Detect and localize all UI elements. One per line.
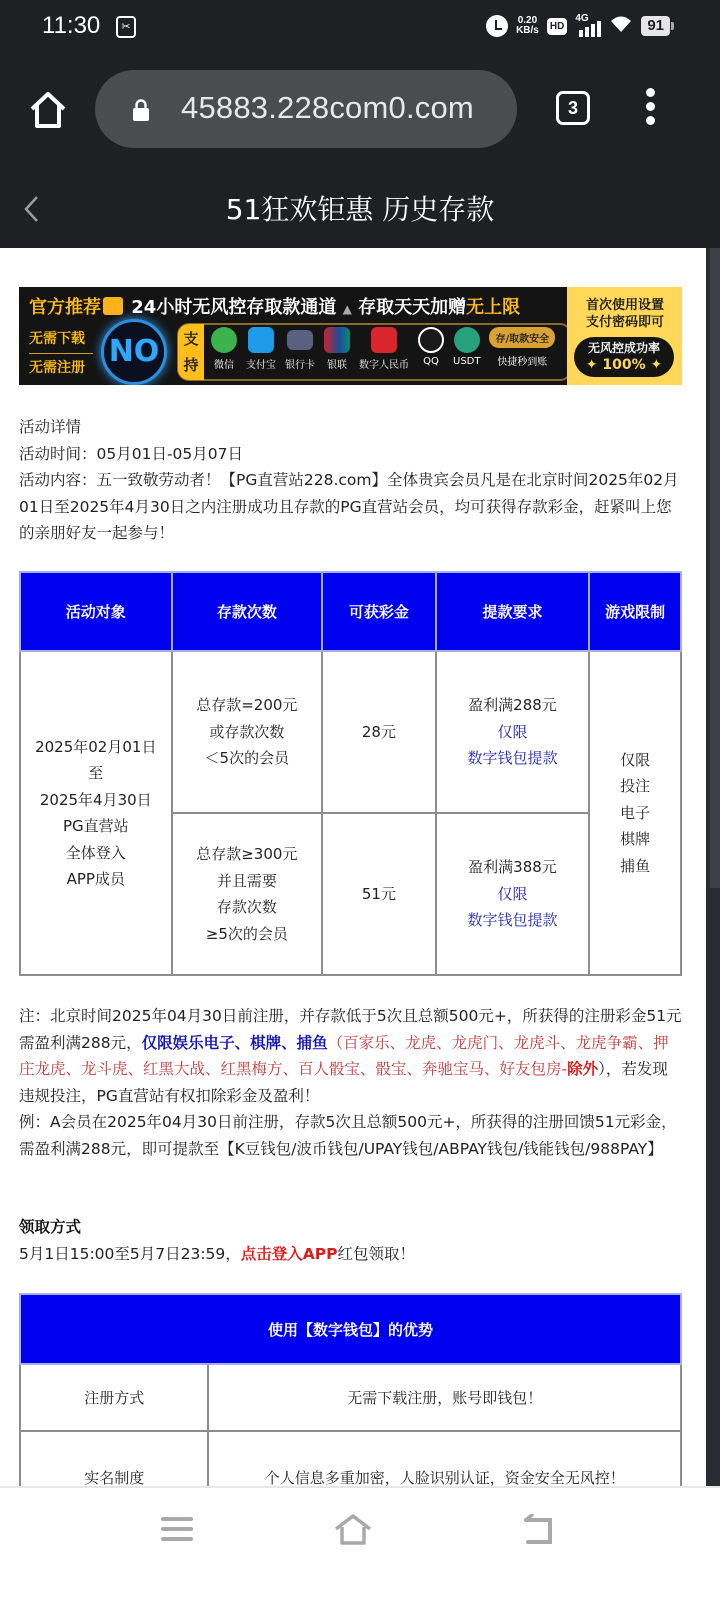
battery-icon: 91 [641,16,670,36]
banner-slogan: 24小时无风控存取款通道 [131,297,336,318]
tab-switcher-button[interactable]: 3 [556,91,590,125]
col-bonus: 可获彩金 [322,572,436,651]
address-bar[interactable]: 45883.228com0.com [95,70,517,148]
status-time: 11:30 [42,12,100,40]
col-deposit-count: 存款次数 [172,572,323,651]
qq-penguin-icon [418,327,444,353]
page-header: 51狂欢钜惠 历史存款 [0,170,720,248]
col-withdraw: 提款要求 [436,572,590,651]
alipay-icon [248,327,274,353]
activity-details: 活动详情 活动时间：05月01日-05月07日 活动内容：五一致敬劳动者！【PG… [19,414,683,547]
status-bar: 11:30 ✂ 0.20 KB/s HD 4G 91 [0,0,720,58]
example-note: 例：A会员在2025年04月30日前注册，存款5次且总额500元+，所获得的注册… [19,1109,683,1162]
no-bitcoin-logo: NO [101,319,167,385]
advantage-label: 注册方式 [20,1364,208,1431]
login-app-link[interactable]: 点击登入APP [241,1245,338,1263]
hd-icon: HD [547,18,567,35]
success-rate-pill: 无风控成功率 ✦ 100% ✦ [574,337,674,377]
wechat-icon [211,327,237,353]
scrollbar-track[interactable] [706,248,720,1486]
activity-content: 活动内容：五一致敬劳动者！【PG直营站228.com】全体贵宾会员凡是在北京时间… [19,467,683,547]
arrow-up-icon: ▲ [343,302,352,316]
page-title: 51狂欢钜惠 历史存款 [0,188,720,228]
tether-icon [454,327,480,353]
usdt-method: USDT [453,327,480,371]
bonus-cell: 28元 [322,651,436,813]
wechat-method: 微信 [211,327,237,371]
allowed-games: 仅限娱乐电子、棋牌、捕鱼 [142,1034,328,1052]
support-tag: 支持 [178,324,204,380]
details-heading: 活动详情 [19,414,683,441]
ecny-method: 数字人民币 [359,327,409,371]
table-header-row: 活动对象 存款次数 可获彩金 提款要求 游戏限制 [20,572,681,651]
col-target: 活动对象 [20,572,172,651]
claim-heading: 领取方式 [19,1214,683,1241]
unionpay-method: 银联 [324,327,350,371]
withdraw-cell: 盈利满388元 仅限 数字钱包提款 [436,813,590,975]
screenshot-app-icon: ✂ [116,16,136,38]
unionpay-icon [324,327,350,353]
home-nav-button[interactable] [333,1514,373,1550]
home-button[interactable] [28,90,68,130]
wallet-table-header: 使用【数字钱包】的优势 [20,1294,681,1364]
qq-method: QQ [418,327,444,371]
home-icon [28,90,68,130]
game-limit-cell: 仅限 投注 电子 棋牌 捕鱼 [589,651,681,975]
banner-official: 官方推荐 [29,297,101,318]
menu-icon [160,1514,194,1544]
alipay-method: 支付宝 [246,327,276,371]
bonus-cell: 51元 [322,813,436,975]
lock-icon [133,99,149,121]
col-game-limit: 游戏限制 [589,572,681,651]
no-register-label: 无需注册 [29,354,93,382]
home-icon [333,1514,373,1546]
deposit-cell: 总存款=200元 或存款次数 ＜5次的会员 [172,651,323,813]
wifi-icon [609,14,633,38]
activity-time: 活动时间：05月01日-05月07日 [19,441,683,468]
overflow-menu-button[interactable] [640,88,660,128]
recent-apps-button[interactable] [160,1514,200,1550]
terms-note: 注：北京时间2025年04月30日前注册，并存款低于5次且总额500元+，所获得… [19,1003,683,1162]
wallet-advantages-table: 使用【数字钱包】的优势 注册方式 无需下载注册，账号即钱包！ 实名制度 个人信息… [19,1293,682,1486]
digital-rmb-icon [371,327,397,353]
network-type: 4G [575,13,588,24]
bankcard-method: 银行卡 [285,327,315,371]
bank-card-icon [287,330,313,350]
withdraw-cell: 盈利满288元 仅限 数字钱包提款 [436,651,590,813]
system-nav-bar [0,1486,720,1600]
banner-bonus-highlight: 无上限 [466,297,520,318]
banner-headline: 官方推荐 24小时无风控存取款通道 ▲ 存取天天加赠无上限 [29,293,520,319]
excluded-label: 除外 [567,1060,598,1078]
back-arrow-icon [520,1514,556,1546]
table-row: 实名制度 个人信息多重加密，人脸识别认证，资金安全无风控！ [20,1431,681,1486]
scrollbar-thumb[interactable] [710,248,720,888]
page-content[interactable]: 官方推荐 24小时无风控存取款通道 ▲ 存取天天加赠无上限 无需下载 无需注册 … [0,248,706,1486]
browser-toolbar: 45883.228com0.com 3 [0,58,720,170]
cell-signal-icon: 4G [575,15,601,37]
banner-bonus: 存取天天加赠 [358,297,466,318]
back-nav-button[interactable] [520,1514,560,1550]
advantage-value: 个人信息多重加密，人脸识别认证，资金安全无风控！ [208,1431,681,1486]
network-speed: 0.20 KB/s [516,16,539,36]
alarm-icon [486,15,508,37]
safe-badge: 存/取款安全快捷秒到账 [489,327,555,371]
target-cell: 2025年02月01日 至 2025年4月30日 PG直营站 全体登入 APP成… [20,651,172,975]
table-row: 2025年02月01日 至 2025年4月30日 PG直营站 全体登入 APP成… [20,651,681,813]
payment-methods: 支持 微信 支付宝 银行卡 银联 数字人民币 QQ USDT 存/取款安全快捷秒… [177,323,572,381]
deposit-cell: 总存款≥300元 并且需要 存款次数 ≥5次的会员 [172,813,323,975]
advantage-label: 实名制度 [20,1431,208,1486]
dot-icon [646,88,655,97]
speed-unit: KB/s [516,25,539,36]
table-row: 注册方式 无需下载注册，账号即钱包！ [20,1364,681,1431]
url-text[interactable]: 45883.228com0.com [181,90,474,126]
banner-no-download: 无需下载 无需注册 [29,325,93,382]
claim-section: 领取方式 5月1日15:00至5月7日23:59，点击登入APP红包领取！ [19,1214,683,1267]
banner-right-panel: 首次使用设置 支付密码即可 无风控成功率 ✦ 100% ✦ [567,287,682,385]
promo-banner[interactable]: 官方推荐 24小时无风控存取款通道 ▲ 存取天天加赠无上限 无需下载 无需注册 … [19,287,682,385]
dot-icon [646,102,655,111]
dot-icon [646,116,655,125]
status-icons: 0.20 KB/s HD 4G 91 [486,14,670,38]
password-hint: 首次使用设置 支付密码即可 [575,297,675,331]
thumbs-up-icon [103,297,123,315]
no-download-label: 无需下载 [29,325,93,353]
advantage-value: 无需下载注册，账号即钱包！ [208,1364,681,1431]
bonus-table: 活动对象 存款次数 可获彩金 提款要求 游戏限制 2025年02月01日 至 2… [19,571,682,976]
